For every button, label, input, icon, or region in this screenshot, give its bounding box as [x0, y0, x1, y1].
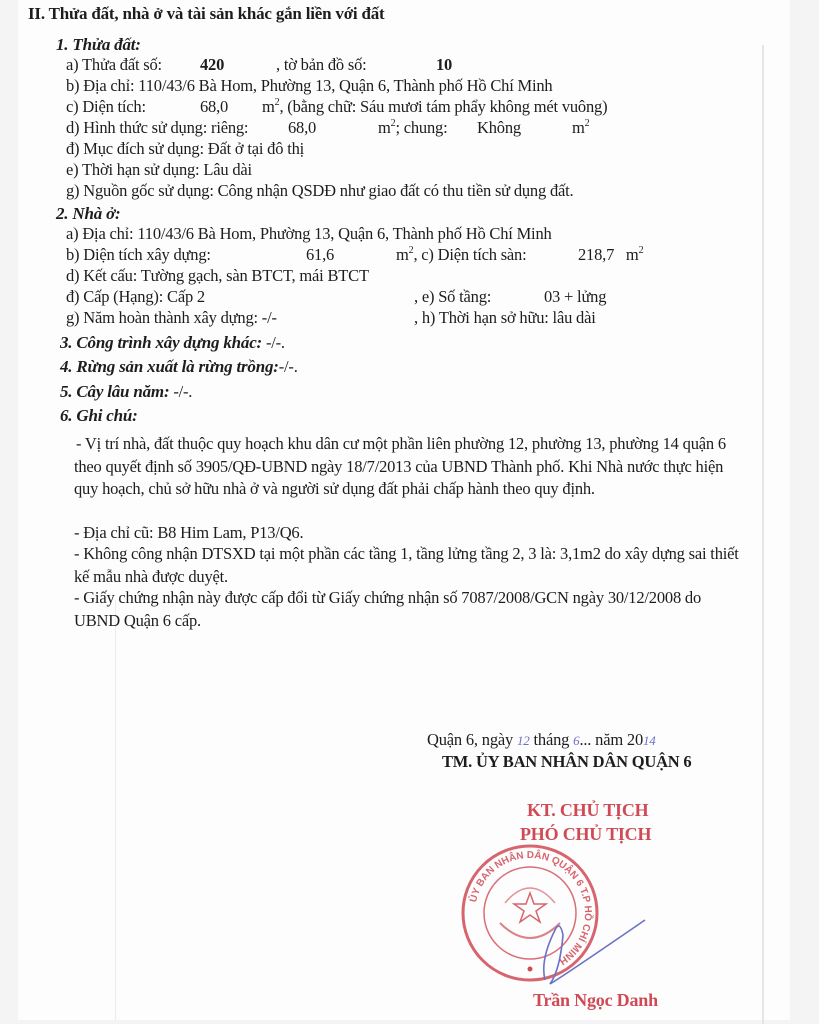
perennial-trees: 5. Cây lâu năm: -/-.: [60, 382, 192, 402]
house-floor-area-value: 218,7 m2: [578, 245, 643, 265]
house-completion-year: g) Năm hoàn thành xây dựng: -/-: [66, 308, 277, 328]
note-unrecognized-area: - Không công nhận DTSXD tại một phần các…: [74, 543, 750, 588]
house-floor-area-label: m2, c) Diện tích sàn:: [396, 245, 527, 265]
issue-month: 6: [573, 733, 579, 748]
house-floors-label: , e) Số tầng:: [414, 287, 491, 307]
house-structure: d) Kết cấu: Tường gạch, sàn BTCT, mái BT…: [66, 266, 369, 286]
land-purpose: đ) Mục đích sử dụng: Đất ở tại đô thị: [66, 139, 304, 159]
note-planning: - Vị trí nhà, đất thuộc quy hoạch khu dâ…: [74, 433, 750, 501]
land-origin: g) Nguồn gốc sử dụng: Công nhận QSDĐ như…: [66, 181, 573, 201]
other-construction: 3. Công trình xây dựng khác: -/-.: [60, 333, 285, 353]
land-heading: 1. Thửa đất:: [56, 35, 141, 55]
land-usage-common-unit: m2: [572, 118, 589, 138]
house-address: a) Địa chỉ: 110/43/6 Bà Hom, Phường 13, …: [66, 224, 552, 244]
section-title: II. Thửa đất, nhà ở và tài sản khác gắn …: [28, 4, 385, 24]
notes-heading: 6. Ghi chú:: [60, 406, 138, 426]
issue-date: Quận 6, ngày 12 tháng 6... năm 2014: [427, 730, 656, 750]
house-build-area-label: b) Diện tích xây dựng:: [66, 245, 211, 265]
land-parcel-number: 420: [200, 55, 224, 75]
signer-title-2: PHÓ CHỦ TỊCH: [520, 824, 651, 845]
land-area-label: c) Diện tích:: [66, 97, 146, 117]
issue-year: 14: [643, 733, 656, 748]
signer-name: Trần Ngọc Danh: [533, 990, 658, 1011]
note-old-address: - Địa chỉ cũ: B8 Him Lam, P13/Q6.: [74, 522, 750, 545]
land-area-unit: m2, (bằng chữ: Sáu mươi tám phẩy không m…: [262, 97, 607, 117]
note-reissue: - Giấy chứng nhận này được cấp đổi từ Gi…: [74, 587, 734, 632]
house-ownership-term: , h) Thời hạn sở hữu: lâu dài: [414, 308, 596, 328]
land-area-value: 68,0: [200, 97, 228, 117]
signer-title-1: KT. CHỦ TỊCH: [527, 800, 648, 821]
land-map-label: , tờ bản đồ số:: [276, 55, 367, 75]
land-usage-private: 68,0: [288, 118, 316, 138]
house-heading: 2. Nhà ở:: [56, 204, 120, 224]
production-forest: 4. Rừng sản xuất là rừng trồng:-/-.: [60, 357, 298, 377]
house-build-area-value: 61,6: [306, 245, 334, 265]
page-fold: [115, 600, 116, 1020]
land-map-number: 10: [436, 55, 452, 75]
land-parcel-label: a) Thửa đất số:: [66, 55, 162, 75]
land-usage-form-label: d) Hình thức sử dụng: riêng:: [66, 118, 248, 138]
issue-day: 12: [517, 733, 530, 748]
house-grade: đ) Cấp (Hạng): Cấp 2: [66, 287, 205, 307]
land-usage-common-label: m2; chung:: [378, 118, 447, 138]
land-term: e) Thời hạn sử dụng: Lâu dài: [66, 160, 252, 180]
issuing-authority: TM. ỦY BAN NHÂN DÂN QUẬN 6: [442, 752, 691, 772]
land-address: b) Địa chỉ: 110/43/6 Bà Hom, Phường 13, …: [66, 76, 552, 96]
house-floors-value: 03 + lửng: [544, 287, 606, 307]
page-edge: [762, 45, 764, 1024]
handwritten-signature-icon: [535, 900, 655, 990]
land-usage-common: Không: [477, 118, 521, 138]
